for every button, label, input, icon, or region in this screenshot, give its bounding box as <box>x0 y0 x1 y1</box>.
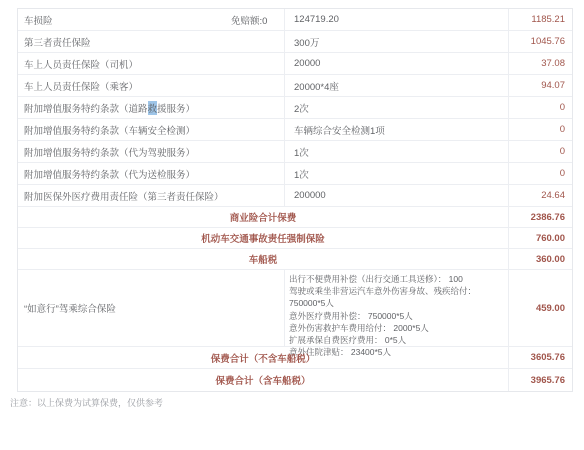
total-amount: 3965.76 <box>508 369 572 391</box>
premium-amount: 1045.76 <box>508 31 572 52</box>
coverage-value: 124719.20 <box>284 9 508 30</box>
coverage-name: 附加增值服务特约条款（代为驾驶服务） <box>18 141 284 162</box>
table-row: 附加医保外医疗费用责任险（第三者责任保险） 200000 24.64 <box>18 185 572 207</box>
total-amount: 3605.76 <box>508 347 572 368</box>
grand-total-row-incl-tax: 保费合计（含车船税） 3965.76 <box>18 369 572 391</box>
grand-total-row-excl-tax: 保费合计（不含车船税） 3605.76 <box>18 347 572 369</box>
rider-detail-line: 扩展承保自费医疗费用： 0*5人 <box>289 334 508 346</box>
coverage-name: 第三者责任保险 <box>18 31 284 52</box>
premium-amount: 0 <box>508 163 572 184</box>
premium-amount: 94.07 <box>508 75 572 96</box>
premium-amount: 1185.21 <box>508 9 572 30</box>
table-row: 车上人员责任保险（司机） 20000 37.08 <box>18 53 572 75</box>
coverage-value: 1次 <box>284 163 508 184</box>
premium-amount: 0 <box>508 141 572 162</box>
vehicle-tax-row: 车船税 360.00 <box>18 249 572 270</box>
coverage-name: 车损险 <box>24 13 53 27</box>
summary-amount: 760.00 <box>508 228 572 248</box>
table-row: 附加增值服务特约条款（道路救援服务） 2次 0 <box>18 97 572 119</box>
summary-amount: 360.00 <box>508 249 572 269</box>
table-row: 附加增值服务特约条款（车辆安全检测） 车辆综合安全检测1项 0 <box>18 119 572 141</box>
summary-label: 机动车交通事故责任强制保险 <box>18 228 508 248</box>
summary-label: 车船税 <box>18 249 508 269</box>
rider-label: “如意行”驾乘综合保险 <box>18 270 284 346</box>
deductible-label: 免赔额:0 <box>231 9 267 30</box>
coverage-name: 附加医保外医疗费用责任险（第三者责任保险） <box>18 185 284 206</box>
rider-detail-line: 意外伤害救护车费用给付： 2000*5人 <box>289 322 508 334</box>
disclaimer-note: 注意：以上保费为试算保费，仅供参考 <box>10 396 163 409</box>
coverage-value: 2次 <box>284 97 508 118</box>
rider-detail-line: 意外医疗费用补偿： 750000*5人 <box>289 310 508 322</box>
table-row: 车损险 免赔额:0 124719.20 1185.21 <box>18 9 572 31</box>
coverage-name: 附加增值服务特约条款（车辆安全检测） <box>18 119 284 140</box>
compulsory-insurance-row: 机动车交通事故责任强制保险 760.00 <box>18 228 572 249</box>
rider-detail-line: 出行不便费用补偿（出行交通工具送修）： 100 <box>289 273 508 285</box>
premium-amount: 37.08 <box>508 53 572 74</box>
coverage-value: 300万 <box>284 31 508 52</box>
rider-amount: 459.00 <box>508 270 572 346</box>
insurance-premium-table: 车损险 免赔额:0 124719.20 1185.21 第三者责任保险 300万… <box>17 8 573 392</box>
premium-amount: 0 <box>508 119 572 140</box>
rider-detail-line: 驾驶或乘坐非营运汽车意外伤害身故、残疾给付： 750000*5人 <box>289 285 508 309</box>
table-row: 车上人员责任保险（乘客） 20000*4座 94.07 <box>18 75 572 97</box>
coverage-name: 附加增值服务特约条款（代为送检服务） <box>18 163 284 184</box>
coverage-name: 车上人员责任保险（乘客） <box>18 75 284 96</box>
total-label: 保费合计（含车船税） <box>18 369 508 391</box>
rider-insurance-row: “如意行”驾乘综合保险 出行不便费用补偿（出行交通工具送修）： 100 驾驶或乘… <box>18 270 572 347</box>
coverage-value: 车辆综合安全检测1项 <box>284 119 508 140</box>
summary-label: 商业险合计保费 <box>18 207 508 227</box>
summary-amount: 2386.76 <box>508 207 572 227</box>
premium-amount: 24.64 <box>508 185 572 206</box>
table-row: 附加增值服务特约条款（代为驾驶服务） 1次 0 <box>18 141 572 163</box>
premium-amount: 0 <box>508 97 572 118</box>
table-row: 第三者责任保险 300万 1045.76 <box>18 31 572 53</box>
commercial-total-row: 商业险合计保费 2386.76 <box>18 207 572 228</box>
coverage-name: 附加增值服务特约条款（道路救援服务） <box>18 97 284 118</box>
coverage-value: 1次 <box>284 141 508 162</box>
search-highlight: 救 <box>148 101 158 115</box>
coverage-value: 200000 <box>284 185 508 206</box>
coverage-value: 20000 <box>284 53 508 74</box>
coverage-value: 20000*4座 <box>284 75 508 96</box>
rider-details: 出行不便费用补偿（出行交通工具送修）： 100 驾驶或乘坐非营运汽车意外伤害身故… <box>284 270 508 346</box>
table-row: 附加增值服务特约条款（代为送检服务） 1次 0 <box>18 163 572 185</box>
coverage-name: 车上人员责任保险（司机） <box>18 53 284 74</box>
total-label: 保费合计（不含车船税） <box>18 347 508 368</box>
